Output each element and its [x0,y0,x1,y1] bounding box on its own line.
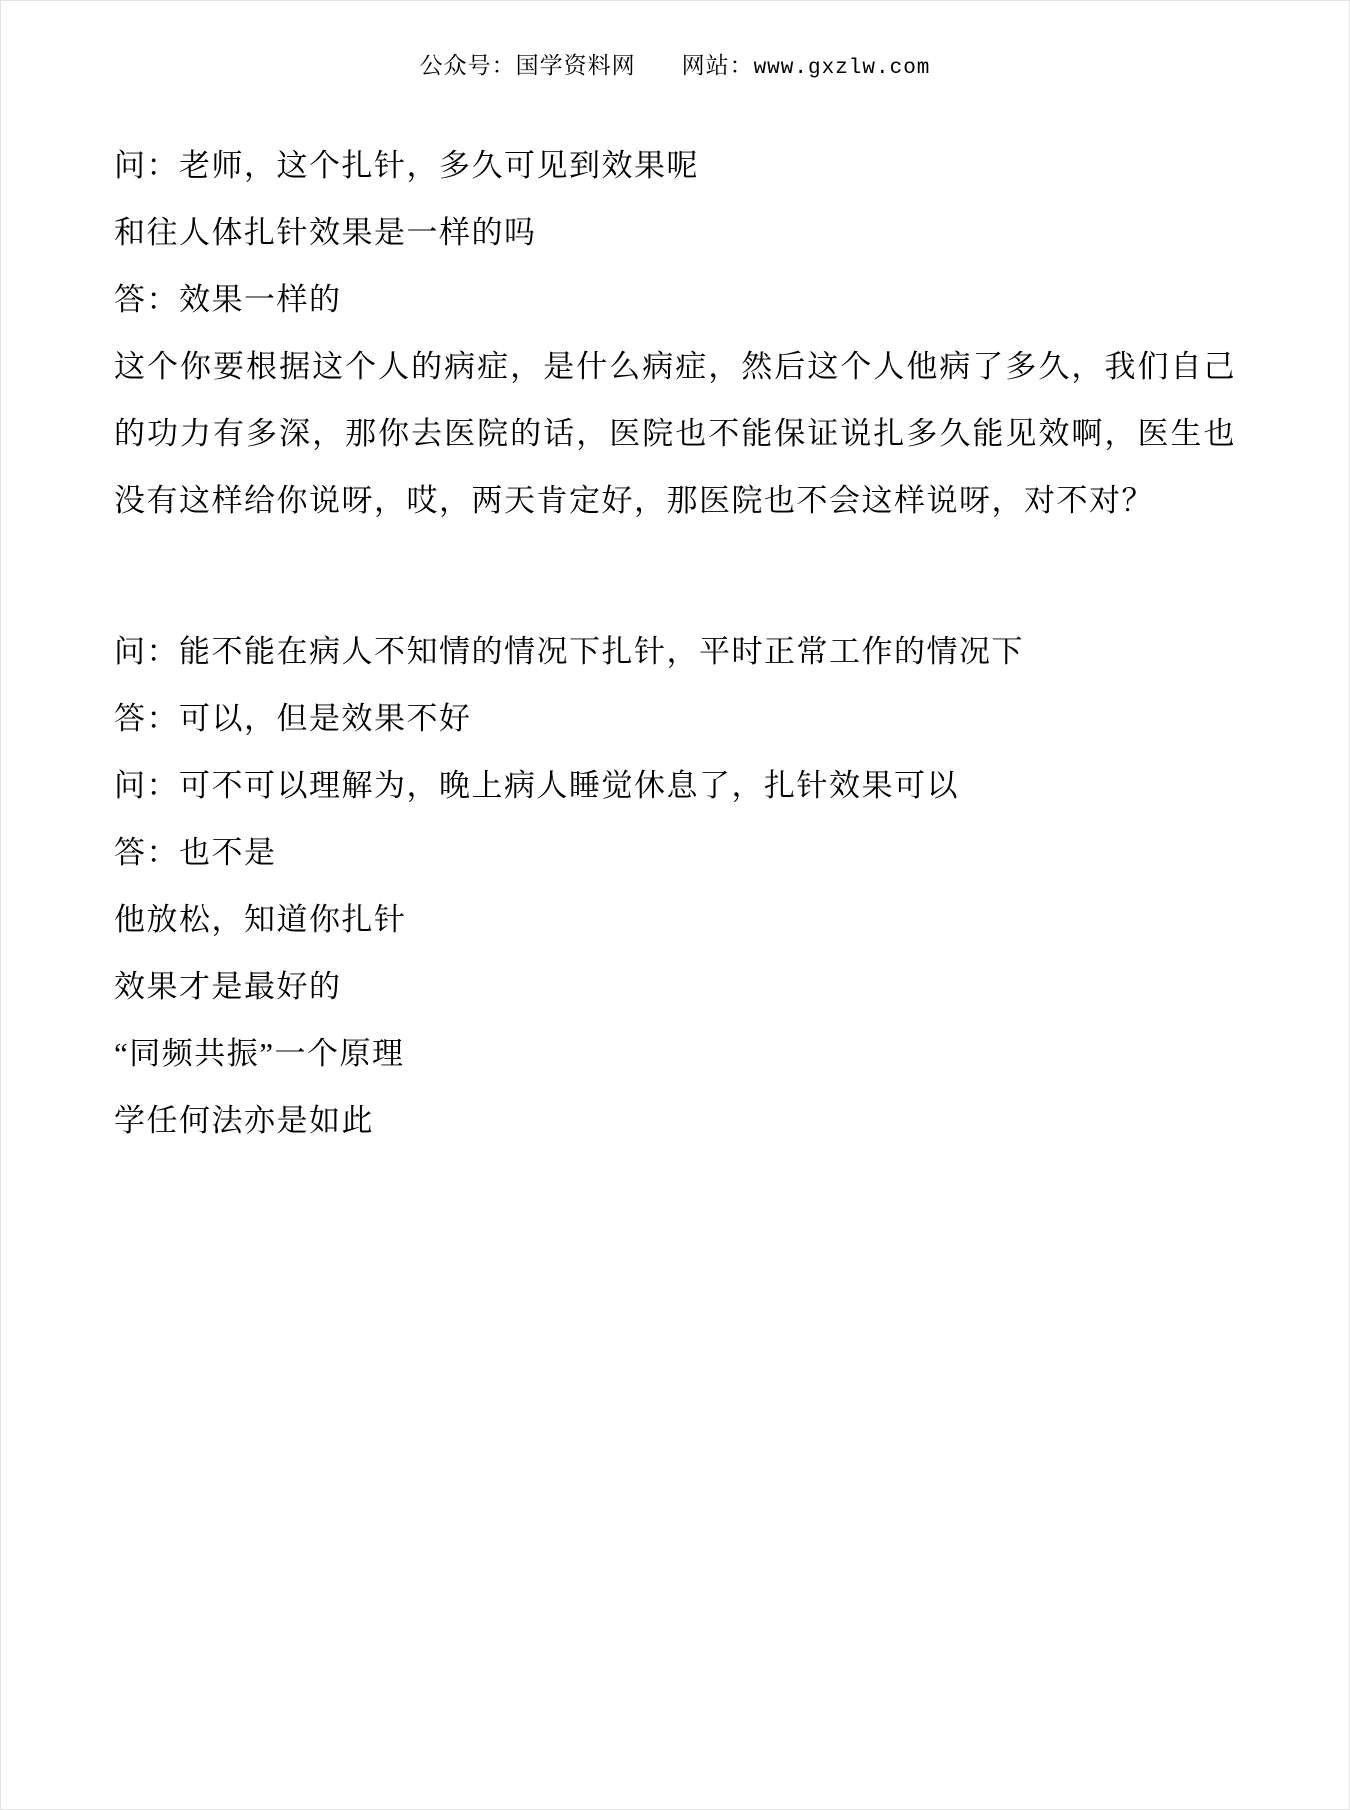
answer-line: 答：效果一样的 [114,266,1236,333]
answer-line-continued: 学任何法亦是如此 [114,1087,1236,1154]
answer-line-continued: “同频共振”一个原理 [114,1020,1236,1087]
question-line: 问：老师，这个扎针，多久可见到效果呢 [114,132,1236,199]
document-body: 问：老师，这个扎针，多久可见到效果呢 和往人体扎针效果是一样的吗 答：效果一样的… [1,132,1349,1154]
answer-line-continued: 效果才是最好的 [114,953,1236,1020]
header-site-url: www.gxzlw.com [754,57,931,80]
answer-line: 答：可以，但是效果不好 [114,685,1236,752]
page-header: 公众号：国学资料网网站：www.gxzlw.com [1,1,1349,80]
document-page: 公众号：国学资料网网站：www.gxzlw.com 问：老师，这个扎针，多久可见… [0,0,1350,1810]
header-account-text: 公众号：国学资料网 [420,53,636,78]
blank-line-spacer [114,534,1236,618]
question-line-continued: 和往人体扎针效果是一样的吗 [114,199,1236,266]
question-line: 问：可不可以理解为，晚上病人睡觉休息了，扎针效果可以 [114,752,1236,819]
question-line: 问：能不能在病人不知情的情况下扎针，平时正常工作的情况下 [114,618,1236,685]
answer-line-continued: 他放松，知道你扎针 [114,886,1236,953]
answer-line: 答：也不是 [114,819,1236,886]
header-site-label: 网站： [682,53,754,78]
answer-paragraph: 这个你要根据这个人的病症，是什么病症，然后这个人他病了多久，我们自己的功力有多深… [114,333,1236,534]
